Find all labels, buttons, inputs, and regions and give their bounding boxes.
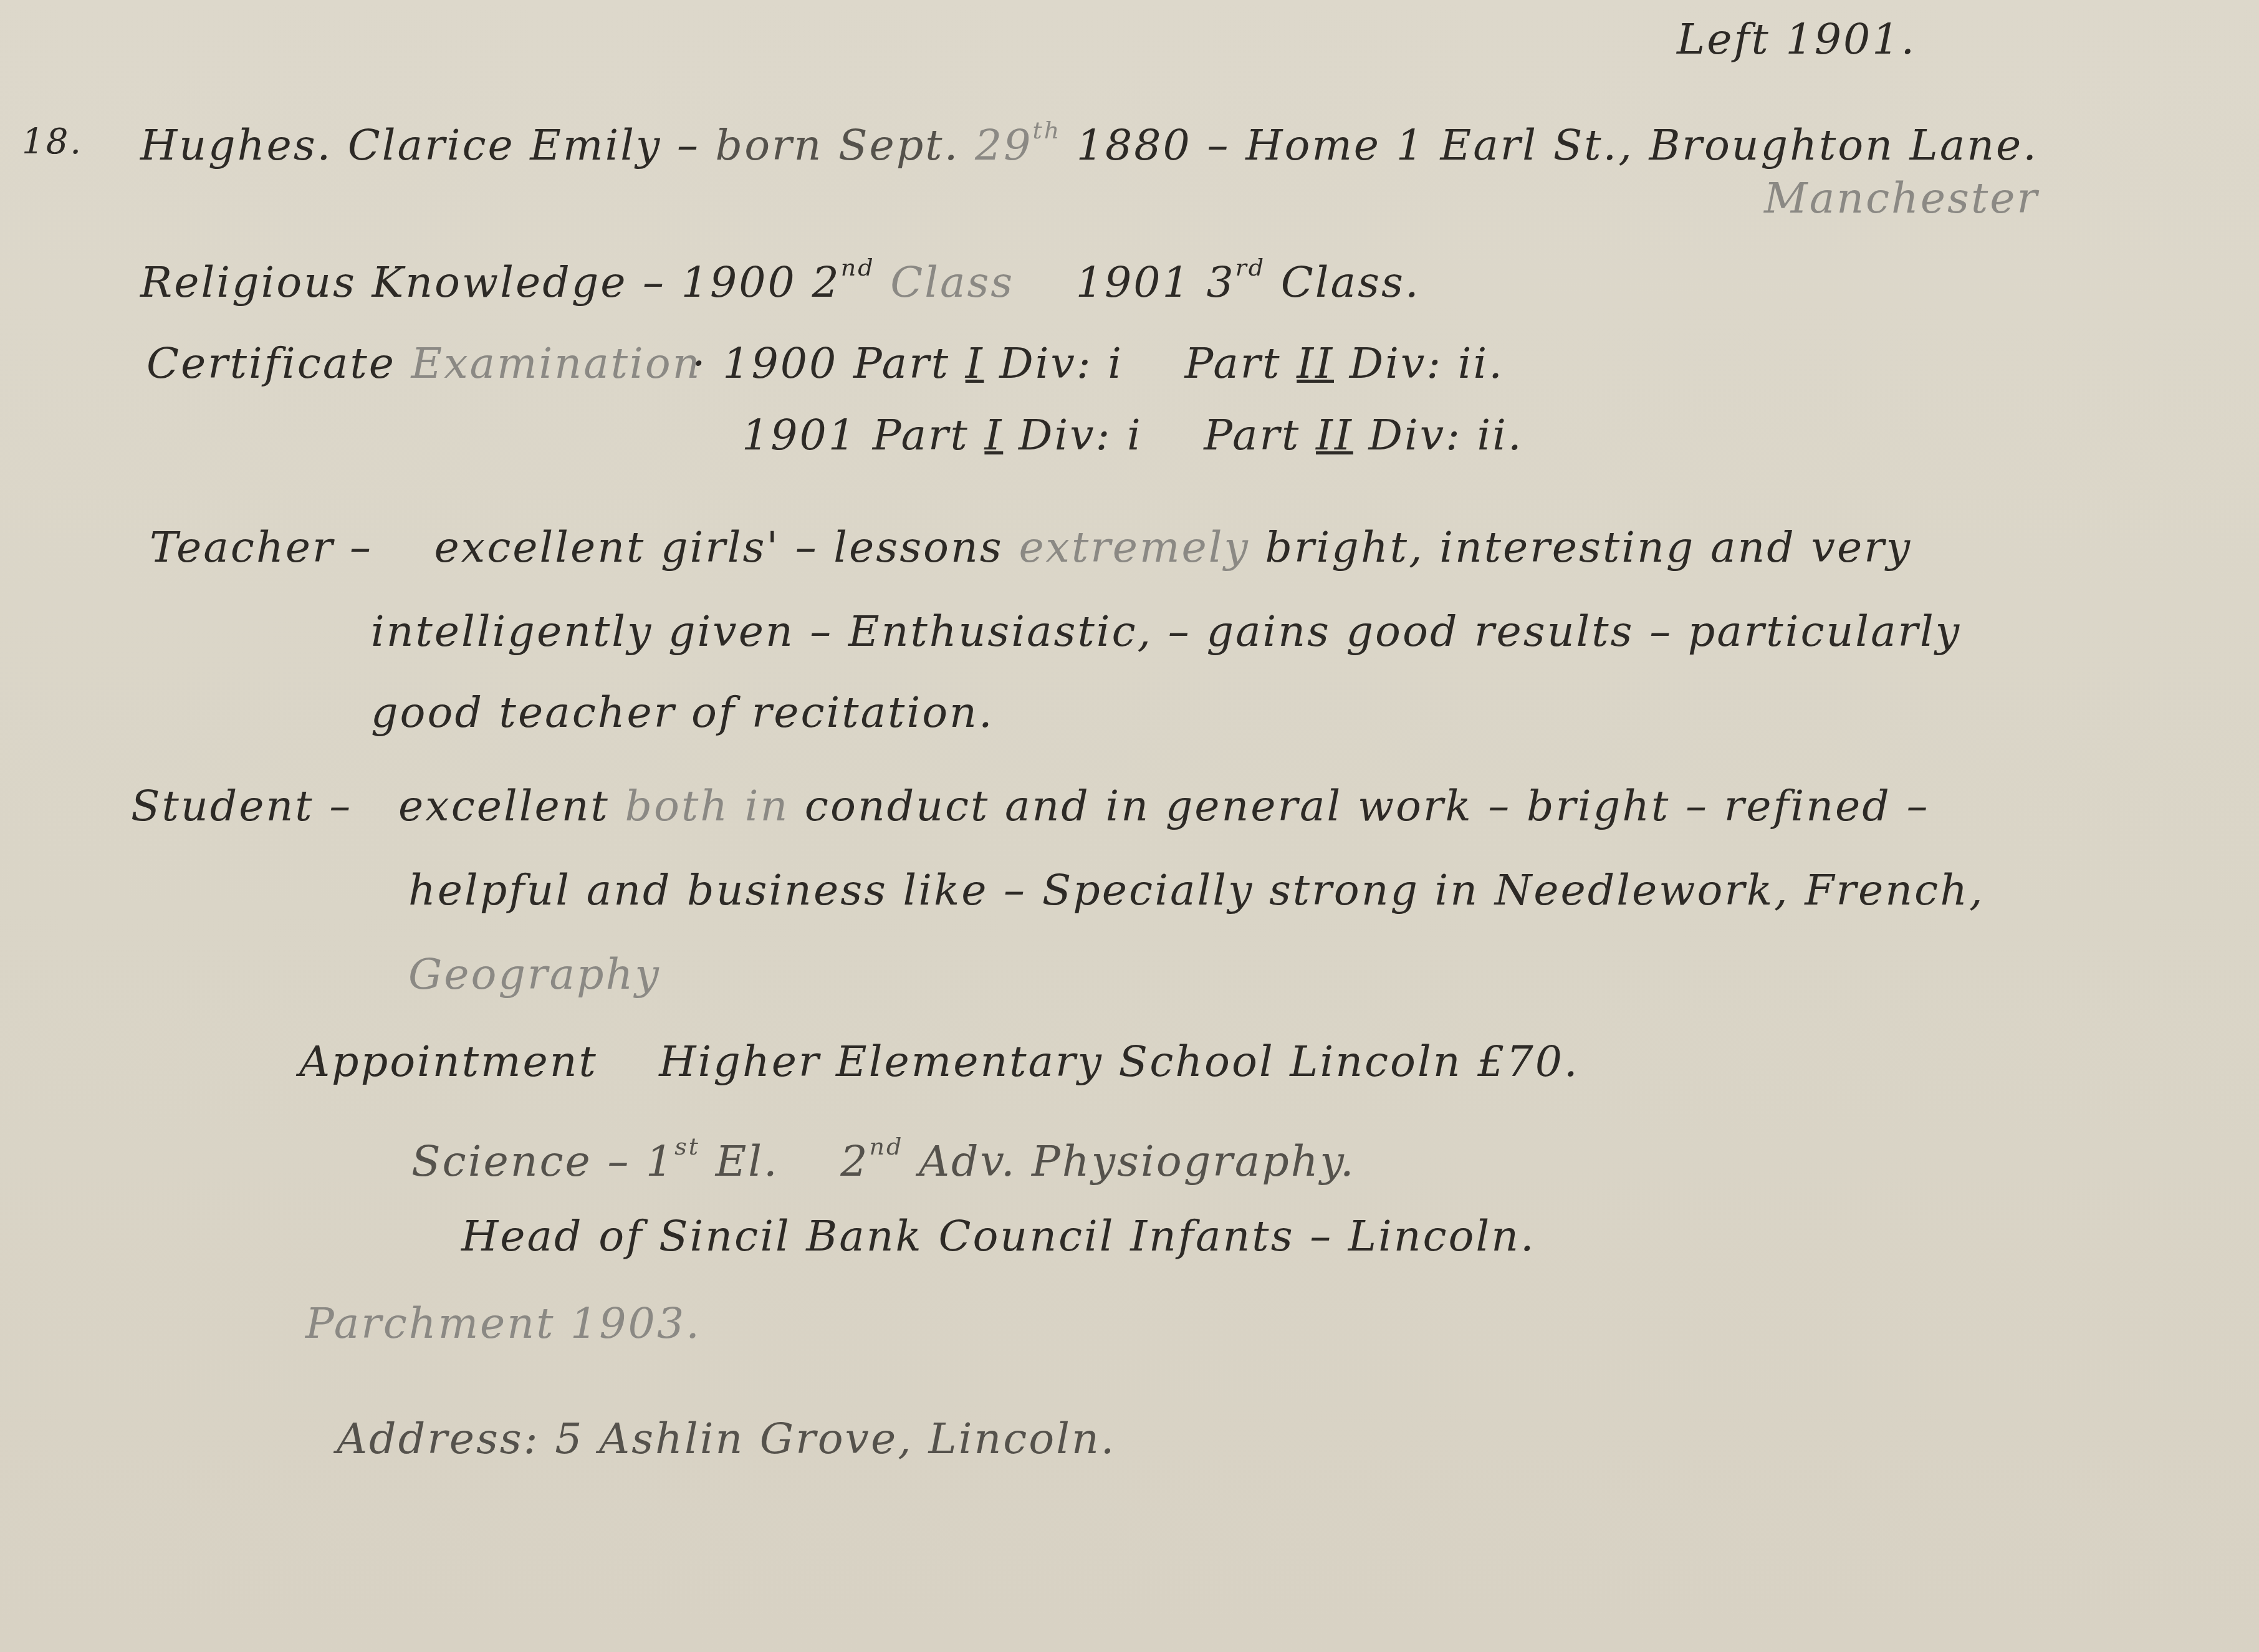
teacher-line-3: good teacher of recitation. — [371, 692, 994, 734]
separator: – — [677, 121, 700, 170]
parchment-note: Parchment 1903. — [305, 1303, 701, 1345]
year-1900: 1900 — [681, 258, 797, 307]
student-name-line: Hughes. Clarice Emily – born Sept. 29th … — [140, 118, 2038, 167]
teacher-line-1: Teacher – excellent girls' – lessons ext… — [150, 527, 1912, 569]
religious-knowledge-label: Religious Knowledge – — [140, 258, 666, 307]
born-label: born Sept. — [716, 121, 960, 170]
entry-number: 18. — [22, 125, 83, 160]
class-1900: 2nd Class — [812, 258, 1014, 307]
home-city: Manchester — [1764, 178, 2039, 220]
teacher-label: Teacher – — [150, 523, 373, 572]
surname: Hughes. — [140, 121, 332, 170]
student-label: Student – — [131, 782, 352, 831]
student-line-3: Geography — [408, 954, 661, 996]
head-appointment-note: Head of Sincil Bank Council Infants – Li… — [461, 1216, 1536, 1258]
home-address: Home 1 Earl St., Broughton Lane. — [1245, 121, 2038, 170]
given-names: Clarice Emily — [348, 121, 662, 170]
science-line: Science – 1st El. 2nd Adv. Physiography. — [411, 1135, 1356, 1183]
certificate-row-1900: · 1900 Part I Div: i Part II Div: ii. — [692, 343, 1504, 385]
class-1901: 3rd Class. — [1206, 258, 1420, 307]
separator: – — [1207, 121, 1230, 170]
teacher-line-2: intelligently given – Enthusiastic, – ga… — [371, 611, 1961, 653]
certificate-exam-label: Certificate Examination — [146, 343, 702, 385]
left-date: Left 1901. — [1677, 19, 1916, 61]
born-year: 1880 — [1077, 121, 1192, 170]
religious-knowledge-line: Religious Knowledge – 1900 2nd Class 190… — [140, 256, 1421, 304]
student-line-1: Student – excellent both in conduct and … — [131, 785, 1929, 828]
year-1901: 1901 — [1076, 258, 1191, 307]
appointment-label: Appointment — [299, 1037, 598, 1087]
born-day: 29th — [975, 121, 1061, 170]
register-page: Left 1901. 18. Hughes. Clarice Emily – b… — [0, 0, 2259, 1652]
appointment-value: Higher Elementary School Lincoln £70. — [659, 1037, 1579, 1087]
student-line-2: helpful and business like – Specially st… — [408, 870, 1985, 912]
certificate-row-1901: 1901 Part I Div: i Part II Div: ii. — [742, 415, 1523, 457]
appointment-line: Appointment Higher Elementary School Lin… — [299, 1041, 1580, 1083]
later-address: Address: 5 Ashlin Grove, Lincoln. — [337, 1418, 1116, 1461]
